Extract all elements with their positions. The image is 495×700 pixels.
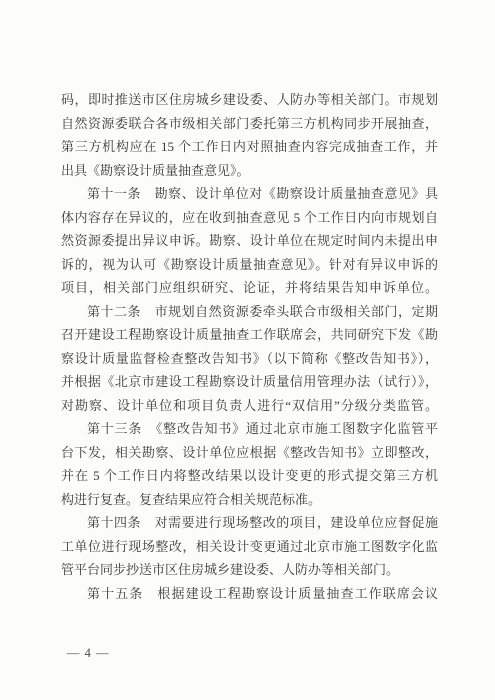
text-line: 召开建设工程勘察设计质量抽查工作联席会，共同研究下发《勘 <box>61 323 438 347</box>
text-line: 体内容存在异议的，应在收到抽查意见 5 个工作日内向市规划自 <box>61 206 438 230</box>
text-line: 出具《勘察设计质量抽查意见》。 <box>61 159 438 183</box>
text-line: 自然资源委联合各市级相关部门委托第三方机构同步开展抽查， <box>61 112 438 136</box>
text-line: 诉的，视为认可《勘察设计质量抽查意见》。针对有异议申诉的 <box>61 253 438 277</box>
text-line: 第十三条 《整改告知书》通过北京市施工图数字化监管平 <box>61 417 438 441</box>
text-line: 台下发，相关勘察、设计单位应根据《整改告知书》立即整改， <box>61 441 438 465</box>
text-line: 第十一条 勘察、设计单位对《勘察设计质量抽查意见》具 <box>61 182 438 206</box>
text-line: 项目，相关部门应组织研究、论证，并将结果告知申诉单位。 <box>61 276 438 300</box>
text-line: 然资源委提出异议申诉。勘察、设计单位在规定时间内未提出申 <box>61 229 438 253</box>
document-text-block: 码，即时推送市区住房城乡建设委、人防办等相关部门。市规划 自然资源委联合各市级相… <box>61 88 438 605</box>
text-line: 码，即时推送市区住房城乡建设委、人防办等相关部门。市规划 <box>61 88 438 112</box>
text-line: 对勘察、设计单位和项目负责人进行“双信用”分级分类监管。 <box>61 394 438 418</box>
text-line: 构进行复查。复查结果应符合相关规范标准。 <box>61 488 438 512</box>
document-page: 码，即时推送市区住房城乡建设委、人防办等相关部门。市规划 自然资源委联合各市级相… <box>0 0 495 700</box>
text-line: 并在 5 个工作日内将整改结果以设计变更的形式提交第三方机 <box>61 464 438 488</box>
text-line: 察设计质量监督检查整改告知书》（以下简称《整改告知书》）， <box>61 347 438 371</box>
text-line: 第十四条 对需要进行现场整改的项目，建设单位应督促施 <box>61 511 438 535</box>
text-line: 管平台同步抄送市区住房城乡建设委、人防办等相关部门。 <box>61 558 438 582</box>
text-line: 第十五条 根据建设工程勘察设计质量抽查工作联席会议 <box>61 582 438 606</box>
page-number: — 4 — <box>67 645 110 661</box>
text-line: 并根据《北京市建设工程勘察设计质量信用管理办法（试行）》， <box>61 370 438 394</box>
text-line: 工单位进行现场整改，相关设计变更通过北京市施工图数字化监 <box>61 535 438 559</box>
text-line: 第十二条 市规划自然资源委牵头联合市级相关部门，定期 <box>61 300 438 324</box>
text-line: 第三方机构应在 15 个工作日内对照抽查内容完成抽查工作，并 <box>61 135 438 159</box>
